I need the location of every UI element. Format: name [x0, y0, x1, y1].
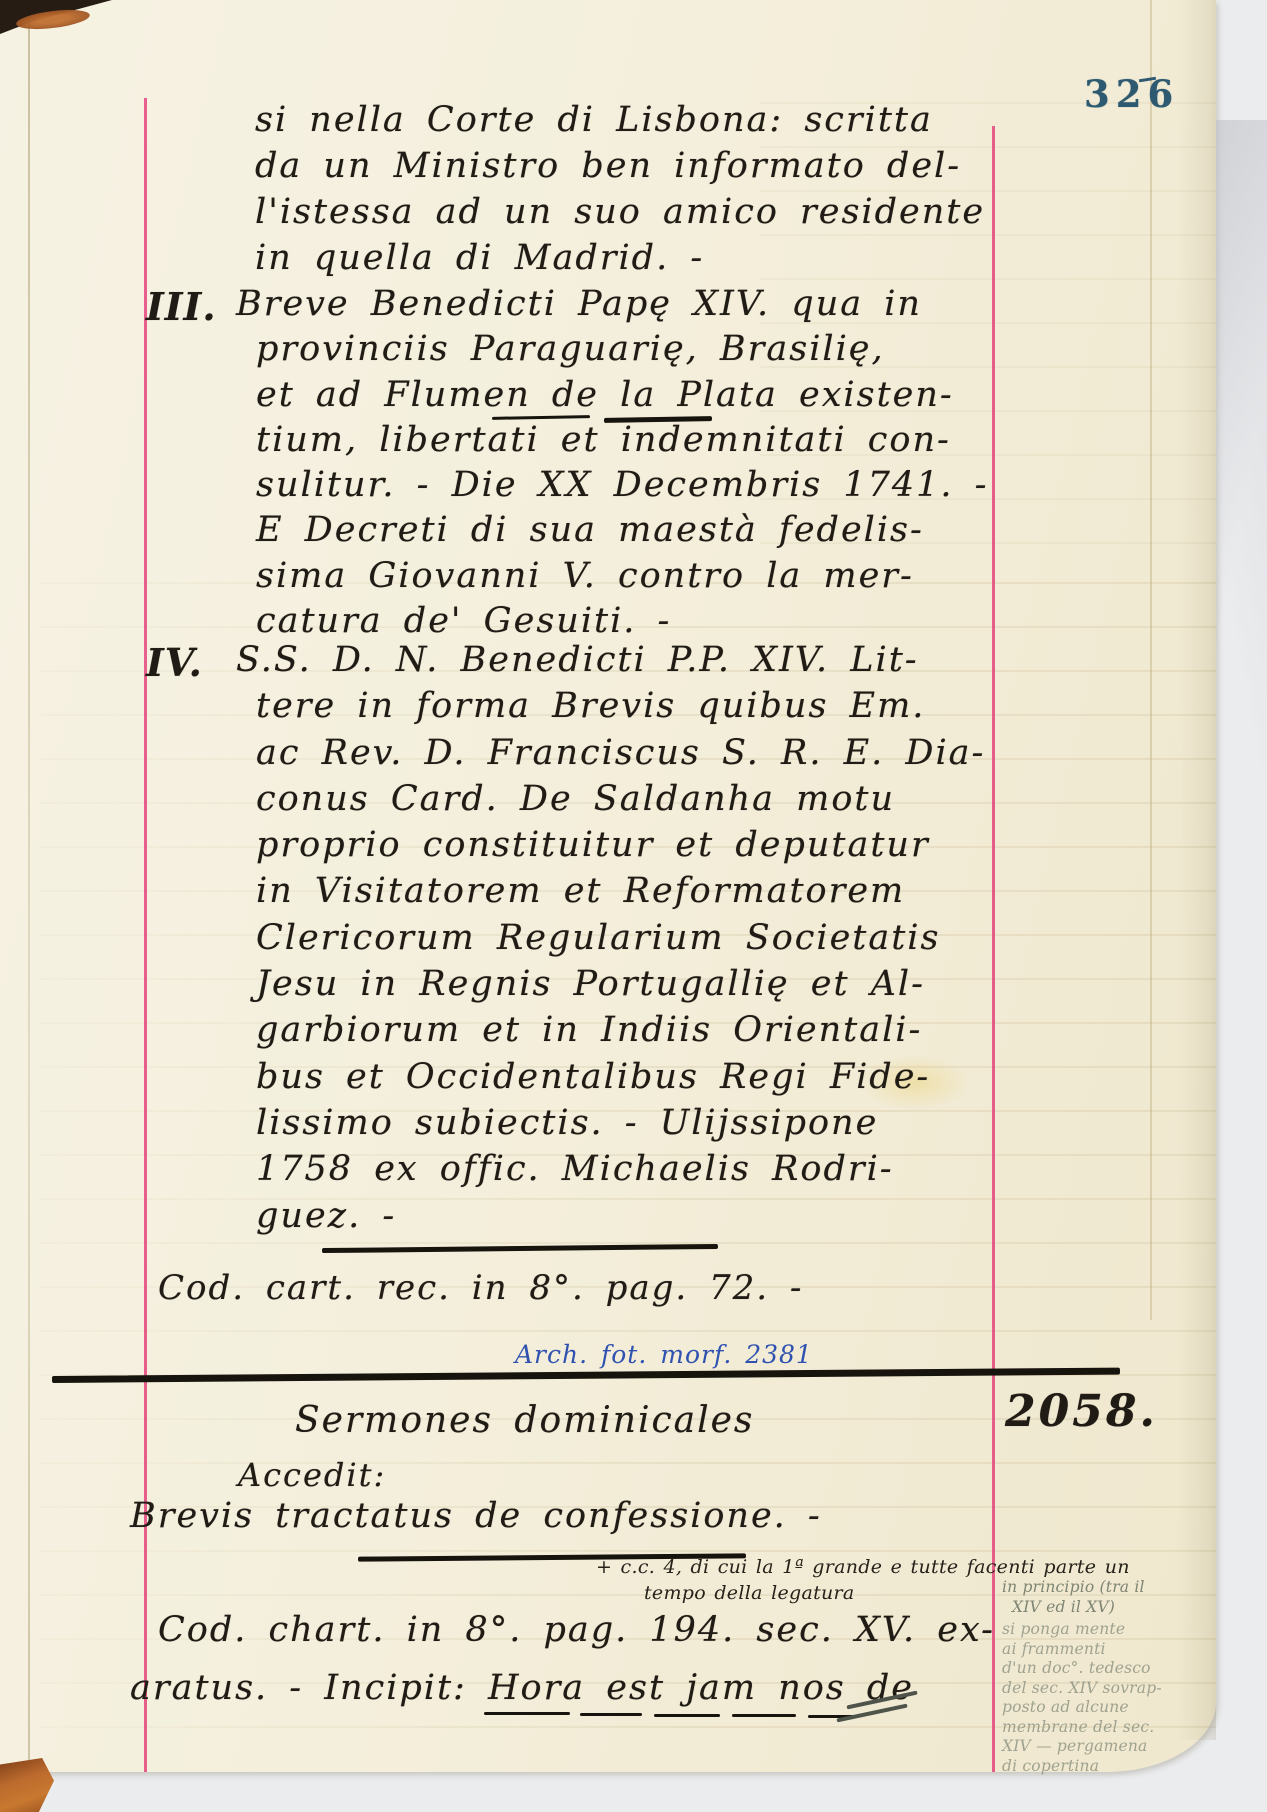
manuscript-line: si ponga mente [1002, 1620, 1222, 1640]
underline-nos [732, 1714, 796, 1717]
manuscript-line: di copertina [1002, 1757, 1222, 1777]
manuscript-line: provinciis Paraguarię, Brasilię, [138, 329, 988, 374]
underline-jam [654, 1714, 720, 1717]
underline-hora [484, 1712, 570, 1715]
manuscript-line: in quella di Madrid. - [138, 238, 985, 284]
manuscript-line: del sec. XIV sovrap- [1002, 1679, 1222, 1699]
leather-remnant-bottom [0, 1758, 54, 1812]
binding-crease [28, 0, 30, 1772]
page-number-stamp: 326 [1084, 72, 1179, 116]
scanned-catalog-page: 326 si nella Corte di Lisbona: scrittada… [0, 0, 1267, 1812]
entry-iv-number: IV. [146, 640, 203, 685]
manuscript-line: si nella Corte di Lisbona: scritta [138, 100, 985, 146]
entry-iii-number: III. [146, 284, 217, 329]
manuscript-line: da un Ministro ben informato del- [138, 146, 985, 192]
entry-2058-colophon-line2: aratus. - Incipit: Hora est jam nos de [130, 1668, 914, 1708]
page-edge-shadow [1178, 0, 1216, 1740]
manuscript-line: lissimo subiectis. - Ulijssipone [138, 1103, 985, 1149]
manuscript-line: posto ad alcune [1002, 1698, 1222, 1718]
manuscript-line: guez. - [138, 1196, 985, 1242]
entry-2058-title: Sermones dominicales [295, 1400, 754, 1441]
manuscript-line: E Decreti di sua maestà fedelis- [138, 510, 988, 555]
insert-annotation-line2: tempo della legatura [644, 1582, 855, 1604]
manuscript-line: Jesu in Regnis Portugallię et Al- [138, 964, 985, 1010]
entry-2058-number: 2058. [1005, 1386, 1158, 1437]
manuscript-line: membrane del sec. [1002, 1718, 1222, 1738]
manuscript-line: conus Card. De Saldanha motu [138, 779, 985, 825]
entry-2058-colophon-line1: Cod. chart. in 8°. pag. 194. sec. XV. ex… [158, 1610, 995, 1650]
entry-iv-lines: S.S. D. N. Benedicti P.P. XIV. Lit-tere … [138, 640, 985, 1242]
manuscript-line: S.S. D. N. Benedicti P.P. XIV. Lit- [138, 640, 985, 686]
fold-line [1150, 0, 1152, 1320]
manuscript-line: proprio constituitur et deputatur [138, 825, 985, 871]
archive-photo-note: Arch. fot. morf. 2381 [515, 1340, 813, 1369]
entry-iv-block: IV. S.S. D. N. Benedicti P.P. XIV. Lit-t… [138, 640, 985, 1242]
entry-iii-lines: Breve Benedicti Papę XIV. qua inprovinci… [138, 284, 988, 646]
manuscript-line: sulitur. - Die XX Decembris 1741. - [138, 465, 988, 510]
manuscript-scan: { "doc": { "page_stamp": "326", "catalog… [0, 0, 1267, 1812]
entry-continuation-block: si nella Corte di Lisbona: scrittada un … [138, 100, 985, 284]
manuscript-line: ac Rev. D. Franciscus S. R. E. Dia- [138, 733, 985, 779]
colophon-prev-entry: Cod. cart. rec. in 8°. pag. 72. - [158, 1268, 803, 1308]
accedit-label: Accedit: [238, 1456, 386, 1494]
right-margin-rule [992, 126, 995, 1772]
manuscript-line: in principio (tra il [1002, 1578, 1222, 1598]
accedit-item: Brevis tractatus de confessione. - [130, 1496, 822, 1536]
manuscript-line: et ad Flumen de la Plata existen- [138, 375, 988, 420]
manuscript-line: Clericorum Regularium Societatis [138, 918, 985, 964]
manuscript-line: l'istessa ad un suo amico residente [138, 192, 985, 238]
manuscript-line: in Visitatorem et Reformatorem [138, 871, 985, 917]
manuscript-line: tere in forma Brevis quibus Em. [138, 686, 985, 732]
entry-iii-block: III. Breve Benedicti Papę XIV. qua inpro… [138, 284, 988, 646]
margin-pencil-note: in principio (tra ilXIV ed il XV)si pong… [1002, 1578, 1222, 1776]
manuscript-line: sima Giovanni V. contro la mer- [138, 556, 988, 601]
manuscript-line: Breve Benedicti Papę XIV. qua in [138, 284, 988, 329]
manuscript-line: XIV — pergamena [1002, 1737, 1222, 1757]
insert-annotation-line1: + c.c. 4, di cui la 1ª grande e tutte fa… [596, 1556, 1130, 1578]
manuscript-line: ai frammenti [1002, 1640, 1222, 1660]
manuscript-line: XIV ed il XV) [1002, 1598, 1222, 1618]
manuscript-line: bus et Occidentalibus Regi Fide- [138, 1057, 985, 1103]
manuscript-line: 1758 ex offic. Michaelis Rodri- [138, 1149, 985, 1195]
manuscript-line: tium, libertati et indemnitati con- [138, 420, 988, 465]
manuscript-line: d'un doc°. tedesco [1002, 1659, 1222, 1679]
manuscript-line: garbiorum et in Indiis Orientali- [138, 1010, 985, 1056]
underline-est [580, 1713, 642, 1716]
scanner-background-wrinkle [1216, 120, 1267, 1620]
